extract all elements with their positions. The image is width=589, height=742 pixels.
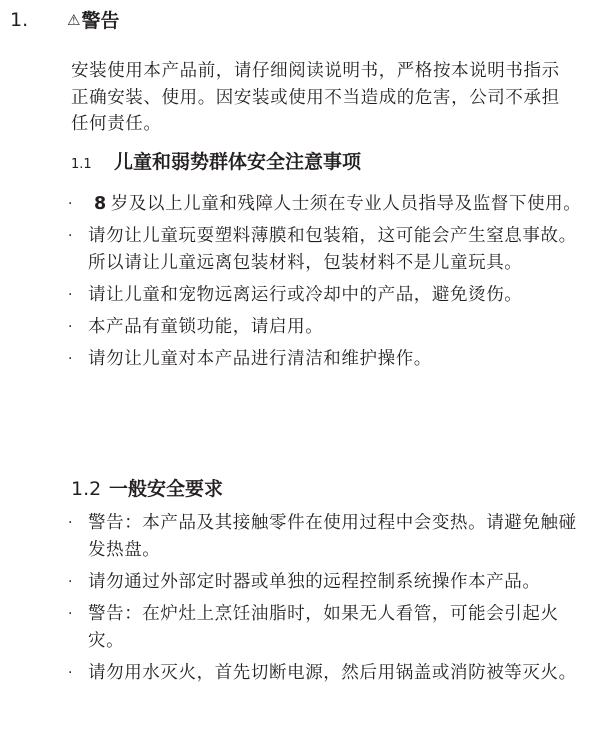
list-item-text: 警告：在炉灶上烹饪油脂时，如果无人看管，可能会引起火灾。: [88, 604, 559, 651]
bullet-icon: ·: [68, 191, 73, 218]
list-item: · 警告：在炉灶上烹饪油脂时，如果无人看管，可能会引起火灾。: [62, 601, 582, 655]
intro-paragraph: 安装使用本产品前，请仔细阅读说明书，严格按本说明书指示正确安装、使用。因安装或使…: [71, 58, 571, 138]
bullet-icon: ·: [68, 346, 73, 373]
subsection-title: 一般安全要求: [109, 474, 223, 501]
list-item-text: 警告：本产品及其接触零件在使用过程中会变热。请避免触碰发热盘。: [88, 513, 577, 560]
list-item: · 请勿让儿童玩耍塑料薄膜和包装箱，这可能会产生窒息事故。所以请让儿童远离包装材…: [62, 223, 582, 277]
list-item: · 本产品有童锁功能，请启用。: [62, 314, 582, 341]
bullet-icon: ·: [68, 660, 73, 687]
section-title: 警告: [81, 6, 119, 33]
subsection-title: 儿童和弱势群体安全注意事项: [114, 147, 361, 174]
bullet-icon: ·: [68, 601, 73, 628]
list-item-text: 请勿通过外部定时器或单独的远程控制系统操作本产品。: [88, 572, 541, 592]
section-heading: 1. ⚠ 警告: [10, 6, 119, 33]
subsection-number: 1.2: [71, 478, 109, 500]
safety-list-general: · 警告：本产品及其接触零件在使用过程中会变热。请避免触碰发热盘。 · 请勿通过…: [62, 510, 582, 692]
list-item-text: 请勿让儿童玩耍塑料薄膜和包装箱，这可能会产生窒息事故。所以请让儿童远离包装材料，…: [88, 226, 577, 273]
bullet-icon: ·: [68, 223, 73, 250]
list-item: · 请勿用水灭火，首先切断电源，然后用锅盖或消防被等灭火。: [62, 660, 582, 687]
age-number: 8: [94, 194, 107, 214]
list-item: · 请让儿童和宠物远离运行或冷却中的产品，避免烫伤。: [62, 282, 582, 309]
list-item: · 请勿让儿童对本产品进行清洁和维护操作。: [62, 346, 582, 373]
list-item: · 8岁及以上儿童和残障人士须在专业人员指导及监督下使用。: [62, 191, 582, 218]
list-item: · 警告：本产品及其接触零件在使用过程中会变热。请避免触碰发热盘。: [62, 510, 582, 564]
bullet-icon: ·: [68, 282, 73, 309]
bullet-icon: ·: [68, 569, 73, 596]
safety-list-children: · 8岁及以上儿童和残障人士须在专业人员指导及监督下使用。 · 请勿让儿童玩耍塑…: [62, 191, 582, 378]
bullet-icon: ·: [68, 510, 73, 537]
subsection-number: 1.1: [71, 157, 114, 172]
list-item-text: 请勿让儿童对本产品进行清洁和维护操作。: [88, 349, 432, 369]
list-item-text: 请勿用水灭火，首先切断电源，然后用锅盖或消防被等灭火。: [88, 663, 577, 683]
bullet-icon: ·: [68, 314, 73, 341]
subsection-heading-1-1: 1.1 儿童和弱势群体安全注意事项: [71, 147, 361, 174]
warning-triangle-icon: ⚠: [67, 11, 80, 29]
section-number: 1.: [10, 9, 67, 31]
list-item: · 请勿通过外部定时器或单独的远程控制系统操作本产品。: [62, 569, 582, 596]
subsection-heading-1-2: 1.2 一般安全要求: [71, 474, 223, 501]
list-item-text: 本产品有童锁功能，请启用。: [88, 317, 323, 337]
list-item-text: 岁及以上儿童和残障人士须在专业人员指导及监督下使用。: [111, 194, 582, 214]
list-item-text: 请让儿童和宠物远离运行或冷却中的产品，避免烫伤。: [88, 285, 522, 305]
